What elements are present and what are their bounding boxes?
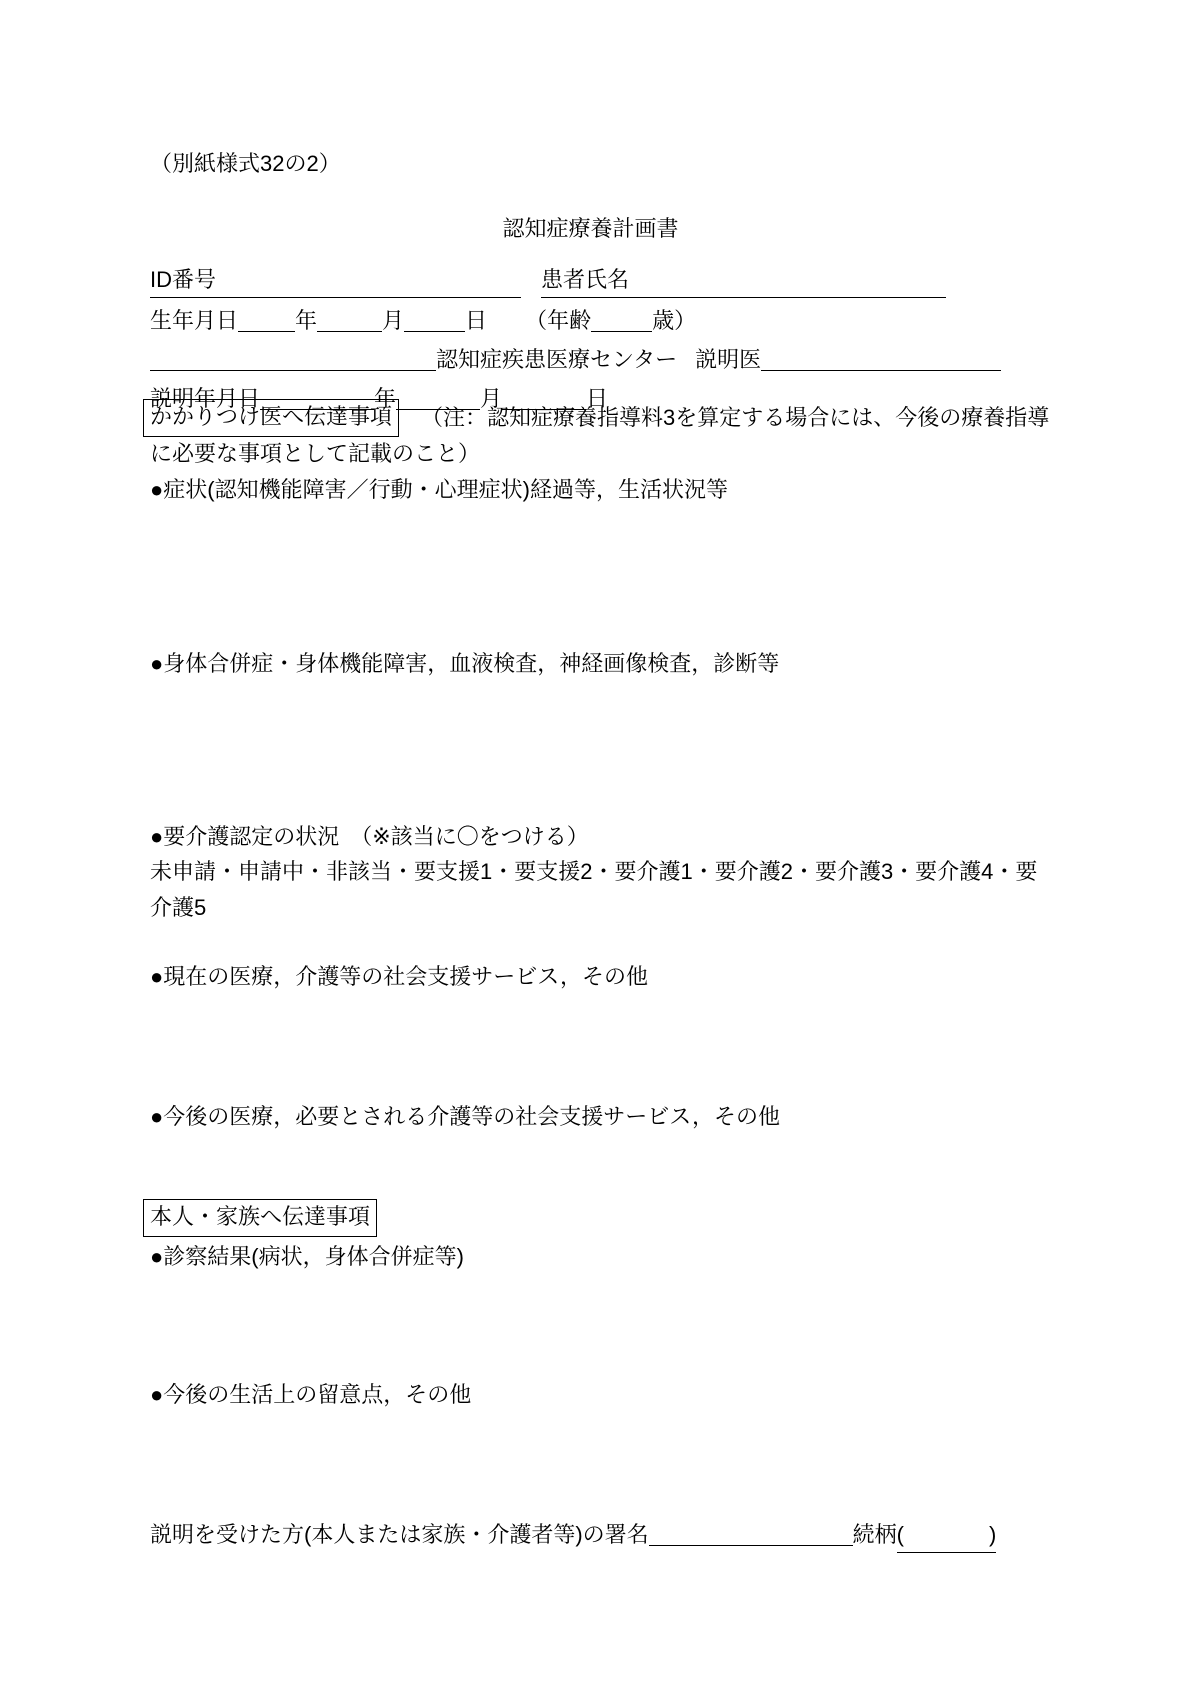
relation-open-paren: ( [897, 1522, 904, 1547]
patient-name-label: 患者氏名 [541, 267, 629, 292]
signature-blank [649, 1523, 853, 1546]
page-title: 認知症療養計画書 [0, 215, 1181, 244]
dementia-care-plan-document: （別紙様式32の2） 認知症療養計画書 ID番号患者氏名 生年月日年月日（年齢歳… [0, 0, 1181, 1695]
id-number-field: ID番号 [150, 266, 521, 298]
age-close-label: 歳） [652, 308, 696, 333]
birth-day-blank [404, 309, 465, 332]
birth-month-blank [317, 309, 382, 332]
item-current-services: ●現在の医療，介護等の社会支援サービス，その他 [150, 963, 648, 992]
doctor-section-heading: かかりつけ医へ伝達事項 [143, 399, 399, 437]
item-physical: ●身体合併症・身体機能障害，血液検査，神経画像検査，診断等 [150, 650, 779, 679]
birth-month-suffix: 月 [382, 308, 404, 333]
explaining-doctor-label: 説明医 [695, 347, 761, 372]
family-section-heading-row: 本人・家族へ伝達事項 [143, 1199, 377, 1237]
explaining-doctor-blank [761, 348, 1001, 371]
birthdate-label: 生年月日 [150, 308, 238, 333]
birth-year-suffix: 年 [295, 308, 317, 333]
item-life-notes: ●今後の生活上の留意点，その他 [150, 1381, 471, 1410]
spacer [677, 366, 695, 367]
spacer [487, 327, 525, 328]
birth-day-suffix: 日 [465, 308, 487, 333]
birth-year-blank [238, 309, 295, 332]
relation-blank [904, 1540, 989, 1542]
form-code: （別紙様式32の2） [150, 150, 341, 179]
relation-close-paren: ) [989, 1522, 996, 1547]
item-care-status: ●要介護認定の状況 （※該当に〇をつける） [150, 823, 589, 852]
item-exam-results: ●診察結果(病状，身体合併症等) [150, 1243, 464, 1272]
relation-field: () [897, 1521, 997, 1553]
spacer [521, 286, 541, 287]
id-number-label: ID番号 [150, 267, 216, 292]
doctor-section-heading-row: かかりつけ医へ伝達事項（注：認知症療養指導料3を算定する場合には、今後の療養指導 [143, 399, 1049, 437]
doctor-section-note-line1: （注：認知症療養指導料3を算定する場合には、今後の療養指導 [421, 404, 1049, 433]
item-symptoms: ●症状(認知機能障害／行動・心理症状)経過等，生活状況等 [150, 476, 728, 505]
care-level-options-line1: 未申請・申請中・非該当・要支援1・要支援2・要介護1・要介護2・要介護3・要介護… [150, 858, 1037, 887]
signature-row: 説明を受けた方(本人または家族・介護者等)の署名続柄() [150, 1521, 996, 1553]
doctor-section-note-line2: に必要な事項として記載のこと） [150, 440, 480, 469]
id-number-blank [216, 285, 521, 287]
care-level-options-line2: 介護5 [150, 894, 206, 923]
age-blank [591, 309, 652, 332]
item-future-services: ●今後の医療，必要とされる介護等の社会支援サービス，その他 [150, 1103, 780, 1132]
id-patient-row: ID番号患者氏名 [150, 266, 946, 298]
family-section-heading: 本人・家族へ伝達事項 [143, 1199, 377, 1237]
center-name-blank [150, 348, 436, 371]
center-row: 認知症疾患医療センター説明医 [150, 346, 1001, 375]
signer-label: 説明を受けた方(本人または家族・介護者等)の署名 [150, 1522, 649, 1547]
center-label: 認知症疾患医療センター [436, 347, 677, 372]
relation-label: 続柄 [853, 1522, 897, 1547]
patient-name-blank [629, 285, 946, 287]
patient-name-field: 患者氏名 [541, 266, 946, 298]
age-open-label: （年齢 [525, 308, 591, 333]
birthdate-row: 生年月日年月日（年齢歳） [150, 307, 696, 336]
